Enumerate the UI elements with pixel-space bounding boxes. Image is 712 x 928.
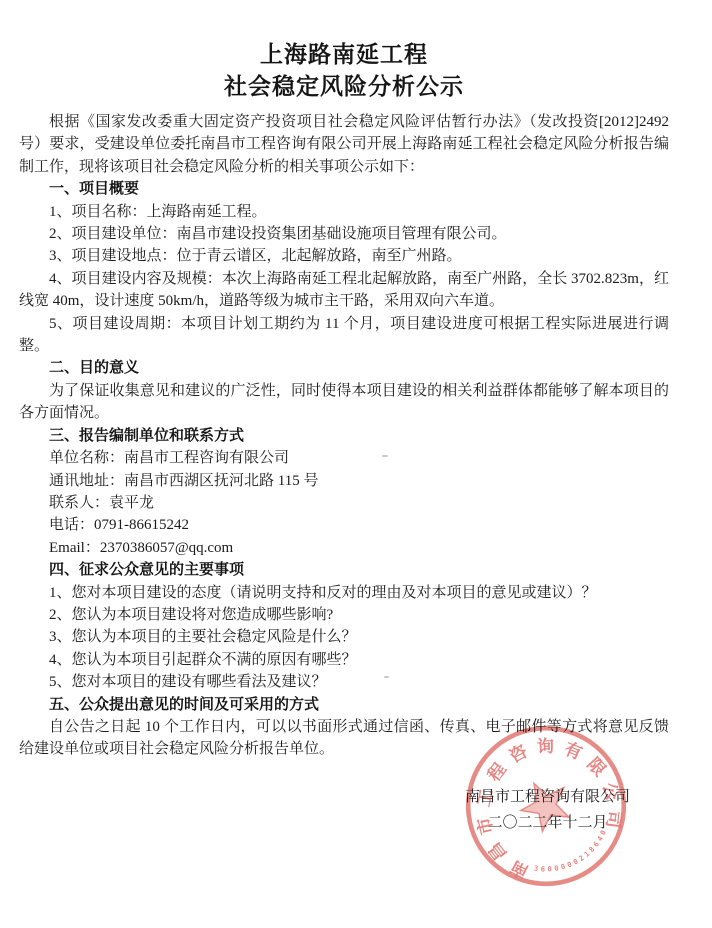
signature-date: 二〇二二年十二月 bbox=[465, 810, 630, 836]
section-1-item-3: 3、项目建设地点：位于青云谱区，北起解放路，南至广州路。 bbox=[19, 245, 669, 267]
section-2-body: 为了保证收集意见和建议的广泛性，同时使得本项目建设的相关利益群体都能够了解本项目… bbox=[19, 380, 669, 425]
section-1-item-1: 1、项目名称：上海路南延工程。 bbox=[19, 201, 669, 223]
svg-text:询: 询 bbox=[536, 736, 555, 757]
notice-document-page: 上海路南延工程 社会稳定风险分析公示 根据《国家发改委重大固定资产投资项目社会稳… bbox=[0, 0, 712, 928]
section-4-question-2: 2、您认为本项目建设将对您造成哪些影响? bbox=[19, 604, 669, 626]
section-2-heading: 二、目的意义 bbox=[19, 357, 669, 379]
contact-address: 通讯地址：南昌市西湖区抚河北路 115 号 bbox=[19, 470, 669, 492]
section-1-item-2: 2、项目建设单位：南昌市建设投资集团基础设施项目管理有限公司。 bbox=[19, 223, 669, 245]
section-1-item-4: 4、项目建设内容及规模：本次上海路南延工程北起解放路，南至广州路，全长 3702… bbox=[19, 268, 669, 313]
section-4-question-3: 3、您认为本项目的主要社会稳定风险是什么？ bbox=[19, 626, 669, 648]
document-content: 上海路南延工程 社会稳定风险分析公示 根据《国家发改委重大固定资产投资项目社会稳… bbox=[19, 38, 669, 761]
svg-text:咨: 咨 bbox=[506, 741, 531, 767]
signature-block: 南昌市工程咨询有限公司 二〇二二年十二月 bbox=[465, 784, 630, 836]
doc-title-line-2: 社会稳定风险分析公示 bbox=[19, 70, 669, 102]
document-title-block: 上海路南延工程 社会稳定风险分析公示 bbox=[19, 38, 669, 102]
contact-person: 联系人：袁平龙 bbox=[19, 492, 669, 514]
doc-title-line-1: 上海路南延工程 bbox=[19, 38, 669, 70]
section-1-item-5: 5、项目建设周期：本项目计划工期约为 11 个月，项目建设进度可根据工程实际进展… bbox=[19, 313, 669, 358]
section-4-question-5: 5、您对本项目的建设有哪些看法及建议？ bbox=[19, 671, 669, 693]
contact-unit-name: 单位名称：南昌市工程咨询有限公司 bbox=[19, 447, 669, 469]
section-1-heading: 一、项目概要 bbox=[19, 178, 669, 200]
svg-text:0: 0 bbox=[560, 862, 567, 872]
svg-text:3: 3 bbox=[533, 863, 539, 873]
svg-text:0: 0 bbox=[547, 864, 552, 873]
section-4-heading: 四、征求公众意见的主要事项 bbox=[19, 559, 669, 581]
svg-text:南: 南 bbox=[507, 857, 532, 883]
scan-speck bbox=[382, 455, 388, 457]
svg-text:程: 程 bbox=[483, 759, 510, 785]
svg-text:6: 6 bbox=[541, 864, 546, 873]
contact-phone: 电话：0791-86615242 bbox=[19, 514, 669, 536]
svg-text:0: 0 bbox=[554, 863, 560, 873]
section-4-question-1: 1、您对本项目建设的态度（请说明支持和反对的理由及对本项目的意见或建议）？ bbox=[19, 582, 669, 604]
scan-speck bbox=[384, 676, 389, 678]
intro-paragraph: 根据《国家发改委重大固定资产投资项目社会稳定风险评估暂行办法》（发改投资[201… bbox=[19, 111, 669, 178]
signature-org-name: 南昌市工程咨询有限公司 bbox=[465, 784, 630, 810]
contact-email: Email：2370386057@qq.com bbox=[19, 537, 669, 559]
section-4-question-4: 4、您认为本项目引起群众不满的原因有哪些？ bbox=[19, 649, 669, 671]
section-5-heading: 五、公众提出意见的时间及可采用的方式 bbox=[19, 694, 669, 716]
svg-text:有: 有 bbox=[562, 738, 586, 763]
section-3-heading: 三、报告编制单位和联系方式 bbox=[19, 425, 669, 447]
